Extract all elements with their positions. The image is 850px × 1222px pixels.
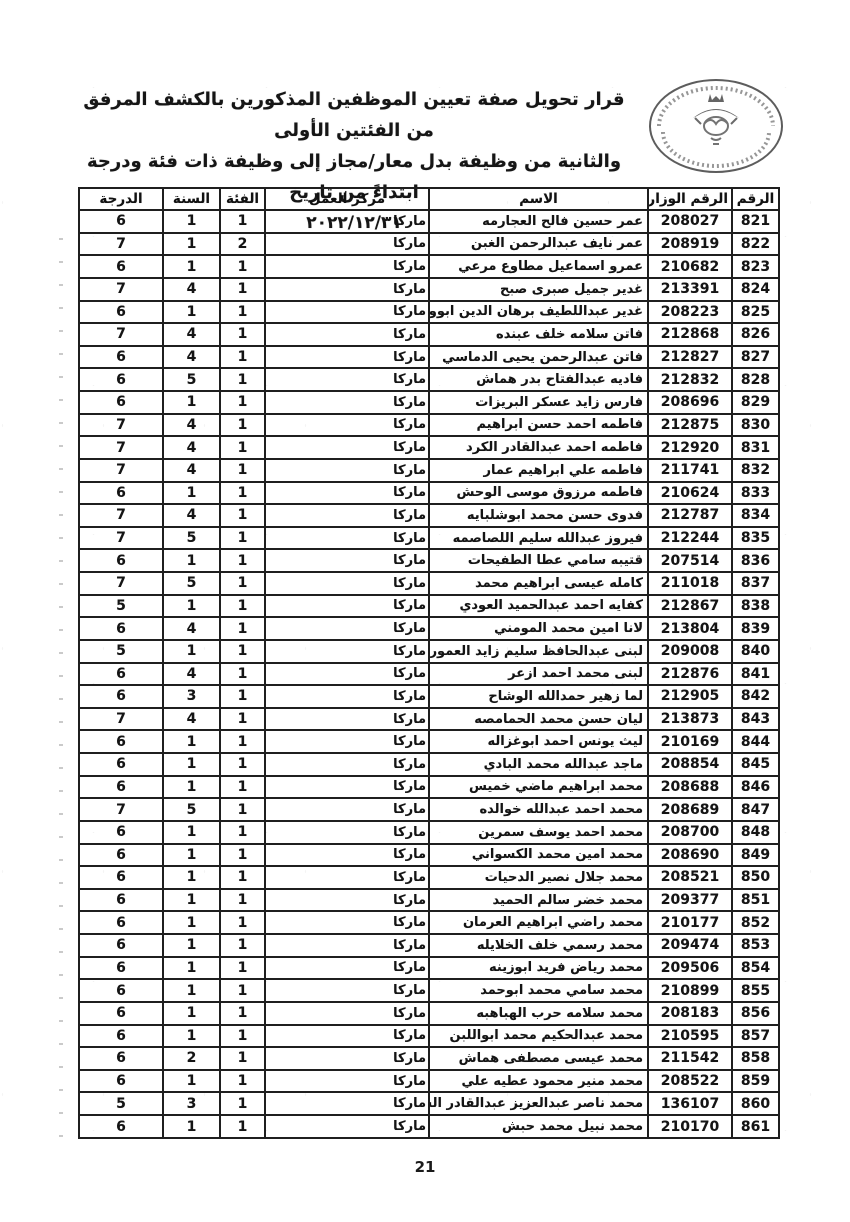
name-cell: محمد احمد عبدالله خوالده (429, 798, 648, 821)
year-cell: 5 (163, 572, 220, 595)
grade-cell: 6 (79, 844, 163, 867)
year-cell: 5 (163, 527, 220, 550)
category-cell: 1 (220, 1092, 265, 1115)
ministry-no-cell: 212920 (648, 436, 732, 459)
work-center-cell: ماركا (265, 301, 429, 324)
year-cell: 1 (163, 640, 220, 663)
seq-cell: 826 (732, 323, 779, 346)
category-cell: 1 (220, 1025, 265, 1048)
name-cell: فاطمه احمد حسن ابراهيم (429, 414, 648, 437)
column-header-ministry-no: الرقم الوزاري (648, 188, 732, 210)
category-cell: 1 (220, 640, 265, 663)
seq-cell: 848 (732, 821, 779, 844)
category-cell: 1 (220, 776, 265, 799)
ministry-no-cell: 212827 (648, 346, 732, 369)
seq-cell: 840 (732, 640, 779, 663)
category-cell: 1 (220, 934, 265, 957)
seq-cell: 861 (732, 1115, 779, 1138)
ministry-no-cell: 207514 (648, 549, 732, 572)
work-center-cell: ماركا (265, 255, 429, 278)
table-row: 854209506محمد رياض فريد ابوزينهماركا116 (79, 957, 779, 980)
work-center-cell: ماركا (265, 934, 429, 957)
category-cell: 1 (220, 866, 265, 889)
year-cell: 1 (163, 911, 220, 934)
name-cell: فارس زايد عسكر البريزات (429, 391, 648, 414)
ministry-no-cell: 208690 (648, 844, 732, 867)
name-cell: غدير عبداللطيف برهان الدين ابوورده (429, 301, 648, 324)
table-row: 849208690محمد امين محمد الكسوانيماركا116 (79, 844, 779, 867)
table-body: 821208027عمر حسين فالح العجارمهماركا1168… (79, 210, 779, 1138)
name-cell: محمد عبدالحكيم محمد ابواللبن (429, 1025, 648, 1048)
name-cell: محمد سامي محمد ابوحمد (429, 979, 648, 1002)
work-center-cell: ماركا (265, 527, 429, 550)
year-cell: 1 (163, 889, 220, 912)
ministry-no-cell: 208521 (648, 866, 732, 889)
seq-cell: 851 (732, 889, 779, 912)
name-cell: محمد رياض فريد ابوزينه (429, 957, 648, 980)
name-cell: لبنى عبدالحافظ سليم زايد العموري (429, 640, 648, 663)
ministry-no-cell: 210899 (648, 979, 732, 1002)
work-center-cell: ماركا (265, 685, 429, 708)
name-cell: فيروز عبدالله سليم اللصاصمه (429, 527, 648, 550)
year-cell: 1 (163, 730, 220, 753)
grade-cell: 6 (79, 368, 163, 391)
seq-cell: 827 (732, 346, 779, 369)
name-cell: محمد ناصر عبدالعزيز عبدالقادر الشملتي (429, 1092, 648, 1115)
category-cell: 1 (220, 1070, 265, 1093)
ministry-no-cell: 212832 (648, 368, 732, 391)
work-center-cell: ماركا (265, 1047, 429, 1070)
seq-cell: 821 (732, 210, 779, 233)
decision-title: قرار تحويل صفة تعيين الموظفين المذكورين … (70, 84, 638, 182)
work-center-cell: ماركا (265, 391, 429, 414)
table-row: 853209474محمد رسمي خلف الخلايلهماركا116 (79, 934, 779, 957)
ministry-no-cell: 210624 (648, 482, 732, 505)
category-cell: 1 (220, 572, 265, 595)
work-center-cell: ماركا (265, 844, 429, 867)
seq-cell: 833 (732, 482, 779, 505)
year-cell: 1 (163, 255, 220, 278)
category-cell: 1 (220, 595, 265, 618)
year-cell: 1 (163, 1025, 220, 1048)
seq-cell: 839 (732, 617, 779, 640)
table-row: 833210624فاطمه مرزوق موسى الوحشماركا116 (79, 482, 779, 505)
work-center-cell: ماركا (265, 1002, 429, 1025)
ministry-no-cell: 213804 (648, 617, 732, 640)
ministry-no-cell: 208223 (648, 301, 732, 324)
grade-cell: 6 (79, 934, 163, 957)
name-cell: محمد امين محمد الكسواني (429, 844, 648, 867)
name-cell: فاطمه علي ابراهيم عمار (429, 459, 648, 482)
grade-cell: 7 (79, 459, 163, 482)
work-center-cell: ماركا (265, 821, 429, 844)
table-row: 861210170محمد نبيل محمد حبشماركا116 (79, 1115, 779, 1138)
category-cell: 1 (220, 708, 265, 731)
work-center-cell: ماركا (265, 572, 429, 595)
ministry-no-cell: 208027 (648, 210, 732, 233)
seq-cell: 858 (732, 1047, 779, 1070)
category-cell: 1 (220, 482, 265, 505)
work-center-cell: ماركا (265, 1092, 429, 1115)
year-cell: 1 (163, 753, 220, 776)
grade-cell: 7 (79, 414, 163, 437)
ministry-no-cell: 213391 (648, 278, 732, 301)
seq-cell: 846 (732, 776, 779, 799)
year-cell: 4 (163, 504, 220, 527)
seq-cell: 842 (732, 685, 779, 708)
work-center-cell: ماركا (265, 979, 429, 1002)
work-center-cell: ماركا (265, 1115, 429, 1138)
name-cell: ليث يونس احمد ابوغزاله (429, 730, 648, 753)
name-cell: غدير جميل صبرى صبح (429, 278, 648, 301)
table-row: 850208521محمد جلال نصير الدحياتماركا116 (79, 866, 779, 889)
grade-cell: 6 (79, 255, 163, 278)
scan-edge-artifact (59, 238, 63, 1138)
name-cell: عمر نايف عبدالرحمن الغبن (429, 233, 648, 256)
ministry-no-cell: 212868 (648, 323, 732, 346)
grade-cell: 7 (79, 278, 163, 301)
work-center-cell: ماركا (265, 278, 429, 301)
year-cell: 1 (163, 233, 220, 256)
year-cell: 4 (163, 278, 220, 301)
seq-cell: 837 (732, 572, 779, 595)
category-cell: 1 (220, 527, 265, 550)
category-cell: 1 (220, 821, 265, 844)
ministry-no-cell: 212905 (648, 685, 732, 708)
page-number: 21 (0, 1158, 850, 1176)
year-cell: 1 (163, 979, 220, 1002)
work-center-cell: ماركا (265, 866, 429, 889)
name-cell: عمر حسين فالح العجارمه (429, 210, 648, 233)
category-cell: 1 (220, 730, 265, 753)
work-center-cell: ماركا (265, 957, 429, 980)
name-cell: فدوى حسن محمد ابوشلبايه (429, 504, 648, 527)
seq-cell: 847 (732, 798, 779, 821)
work-center-cell: ماركا (265, 233, 429, 256)
grade-cell: 6 (79, 617, 163, 640)
ministry-no-cell: 208700 (648, 821, 732, 844)
work-center-cell: ماركا (265, 482, 429, 505)
category-cell: 2 (220, 233, 265, 256)
ministry-no-cell: 210595 (648, 1025, 732, 1048)
seq-cell: 854 (732, 957, 779, 980)
name-cell: محمد جلال نصير الدحيات (429, 866, 648, 889)
table-row: 840209008لبنى عبدالحافظ سليم زايد العمور… (79, 640, 779, 663)
name-cell: فاتن عبدالرحمن يحيى الدماسي (429, 346, 648, 369)
ministry-no-cell: 212876 (648, 663, 732, 686)
table-row: 856208183محمد سلامه حرب الهباهبهماركا116 (79, 1002, 779, 1025)
grade-cell: 5 (79, 595, 163, 618)
category-cell: 1 (220, 278, 265, 301)
year-cell: 1 (163, 549, 220, 572)
category-cell: 1 (220, 459, 265, 482)
year-cell: 3 (163, 685, 220, 708)
grade-cell: 7 (79, 708, 163, 731)
grade-cell: 6 (79, 753, 163, 776)
category-cell: 1 (220, 210, 265, 233)
category-cell: 1 (220, 436, 265, 459)
grade-cell: 6 (79, 346, 163, 369)
seq-cell: 845 (732, 753, 779, 776)
table-row: 831212920فاطمه احمد عبدالقادر الكردماركا… (79, 436, 779, 459)
seq-cell: 834 (732, 504, 779, 527)
category-cell: 1 (220, 323, 265, 346)
grade-cell: 6 (79, 1025, 163, 1048)
ministry-no-cell: 212867 (648, 595, 732, 618)
seq-cell: 841 (732, 663, 779, 686)
column-header-year: السنة (163, 188, 220, 210)
name-cell: ماجد عبدالله محمد البادي (429, 753, 648, 776)
year-cell: 4 (163, 346, 220, 369)
column-header-seq: الرقم (732, 188, 779, 210)
table-row: 824213391غدير جميل صبرى صبحماركا147 (79, 278, 779, 301)
category-cell: 1 (220, 504, 265, 527)
category-cell: 1 (220, 663, 265, 686)
name-cell: محمد سلامه حرب الهباهبه (429, 1002, 648, 1025)
year-cell: 1 (163, 210, 220, 233)
work-center-cell: ماركا (265, 889, 429, 912)
column-header-category: الفئة (220, 188, 265, 210)
ministry-no-cell: 209377 (648, 889, 732, 912)
ministry-no-cell: 208688 (648, 776, 732, 799)
year-cell: 1 (163, 844, 220, 867)
grade-cell: 6 (79, 549, 163, 572)
year-cell: 4 (163, 436, 220, 459)
grade-cell: 6 (79, 776, 163, 799)
ministry-no-cell: 136107 (648, 1092, 732, 1115)
work-center-cell: ماركا (265, 436, 429, 459)
table-row: 825208223غدير عبداللطيف برهان الدين ابوو… (79, 301, 779, 324)
table-row: 827212827فاتن عبدالرحمن يحيى الدماسيمارك… (79, 346, 779, 369)
column-header-grade: الدرجة (79, 188, 163, 210)
ministry-no-cell: 208689 (648, 798, 732, 821)
table-row: 836207514قتيبه سامي عطا الطفيحاتماركا116 (79, 549, 779, 572)
year-cell: 4 (163, 708, 220, 731)
seq-cell: 857 (732, 1025, 779, 1048)
work-center-cell: ماركا (265, 663, 429, 686)
seq-cell: 855 (732, 979, 779, 1002)
grade-cell: 6 (79, 391, 163, 414)
table-row: 832211741فاطمه علي ابراهيم عمارماركا147 (79, 459, 779, 482)
table-row: 821208027عمر حسين فالح العجارمهماركا116 (79, 210, 779, 233)
seq-cell: 823 (732, 255, 779, 278)
table-row: 822208919عمر نايف عبدالرحمن الغبنماركا21… (79, 233, 779, 256)
work-center-cell: ماركا (265, 776, 429, 799)
year-cell: 1 (163, 301, 220, 324)
year-cell: 1 (163, 776, 220, 799)
category-cell: 1 (220, 368, 265, 391)
grade-cell: 6 (79, 911, 163, 934)
name-cell: لبنى محمد احمد ازعر (429, 663, 648, 686)
grade-cell: 7 (79, 572, 163, 595)
table-row: 823210682عمرو اسماعيل مطاوع مرعيماركا116 (79, 255, 779, 278)
table-row: 851209377محمد خضر سالم الحميدماركا116 (79, 889, 779, 912)
category-cell: 1 (220, 844, 265, 867)
grade-cell: 6 (79, 979, 163, 1002)
work-center-cell: ماركا (265, 753, 429, 776)
ministry-no-cell: 210169 (648, 730, 732, 753)
category-cell: 1 (220, 798, 265, 821)
grade-cell: 6 (79, 1047, 163, 1070)
table-row: 848208700محمد احمد يوسف سمرينماركا116 (79, 821, 779, 844)
grade-cell: 7 (79, 504, 163, 527)
name-cell: محمد نبيل محمد حبش (429, 1115, 648, 1138)
scanned-document-page: { "header": { "title_line1": "قرار تحويل… (0, 0, 850, 1222)
work-center-cell: ماركا (265, 414, 429, 437)
year-cell: 1 (163, 1115, 220, 1138)
table-row: 835212244فيروز عبدالله سليم اللصاصمهمارك… (79, 527, 779, 550)
year-cell: 4 (163, 459, 220, 482)
table-row: 857210595محمد عبدالحكيم محمد ابواللبنمار… (79, 1025, 779, 1048)
table-header-row: الرقمالرقم الوزاريالاسممركز العملالفئةال… (79, 188, 779, 210)
work-center-cell: ماركا (265, 504, 429, 527)
year-cell: 1 (163, 391, 220, 414)
name-cell: لما زهير حمدالله الوشاح (429, 685, 648, 708)
grade-cell: 6 (79, 889, 163, 912)
grade-cell: 6 (79, 1070, 163, 1093)
seq-cell: 843 (732, 708, 779, 731)
grade-cell: 7 (79, 798, 163, 821)
seq-cell: 824 (732, 278, 779, 301)
grade-cell: 7 (79, 233, 163, 256)
category-cell: 1 (220, 391, 265, 414)
name-cell: لانا امين محمد المومني (429, 617, 648, 640)
seq-cell: 852 (732, 911, 779, 934)
grade-cell: 6 (79, 210, 163, 233)
ministry-no-cell: 208854 (648, 753, 732, 776)
work-center-cell: ماركا (265, 368, 429, 391)
work-center-cell: ماركا (265, 595, 429, 618)
name-cell: محمد خضر سالم الحميد (429, 889, 648, 912)
name-cell: فاديه عبدالفتاح بدر هماش (429, 368, 648, 391)
name-cell: فاتن سلامه خلف عبنده (429, 323, 648, 346)
work-center-cell: ماركا (265, 1025, 429, 1048)
work-center-cell: ماركا (265, 730, 429, 753)
table-row: 837211018كامله عيسى ابراهيم محمدماركا157 (79, 572, 779, 595)
name-cell: محمد رسمي خلف الخلايله (429, 934, 648, 957)
seq-cell: 853 (732, 934, 779, 957)
ministry-no-cell: 213873 (648, 708, 732, 731)
category-cell: 1 (220, 889, 265, 912)
grade-cell: 5 (79, 1092, 163, 1115)
ministry-no-cell: 212787 (648, 504, 732, 527)
seq-cell: 856 (732, 1002, 779, 1025)
seq-cell: 835 (732, 527, 779, 550)
category-cell: 1 (220, 979, 265, 1002)
table-row: 859208522محمد منير محمود عطيه عليماركا11… (79, 1070, 779, 1093)
grade-cell: 6 (79, 821, 163, 844)
year-cell: 1 (163, 821, 220, 844)
work-center-cell: ماركا (265, 549, 429, 572)
year-cell: 5 (163, 798, 220, 821)
name-cell: كامله عيسى ابراهيم محمد (429, 572, 648, 595)
year-cell: 1 (163, 595, 220, 618)
table-row: 839213804لانا امين محمد المومنيماركا146 (79, 617, 779, 640)
year-cell: 3 (163, 1092, 220, 1115)
year-cell: 4 (163, 414, 220, 437)
document-header: قرار تحويل صفة تعيين الموظفين المذكورين … (70, 72, 794, 182)
category-cell: 1 (220, 346, 265, 369)
grade-cell: 6 (79, 1002, 163, 1025)
name-cell: فاطمه مرزوق موسى الوحش (429, 482, 648, 505)
ministry-no-cell: 209008 (648, 640, 732, 663)
ministry-no-cell: 212244 (648, 527, 732, 550)
ministry-no-cell: 211542 (648, 1047, 732, 1070)
decision-title-line1: قرار تحويل صفة تعيين الموظفين المذكورين … (70, 84, 638, 146)
work-center-cell: ماركا (265, 640, 429, 663)
ministry-no-cell: 211741 (648, 459, 732, 482)
column-header-name: الاسم (429, 188, 648, 210)
seq-cell: 836 (732, 549, 779, 572)
work-center-cell: ماركا (265, 210, 429, 233)
year-cell: 4 (163, 617, 220, 640)
grade-cell: 6 (79, 663, 163, 686)
ministry-no-cell: 210170 (648, 1115, 732, 1138)
name-cell: قتيبه سامي عطا الطفيحات (429, 549, 648, 572)
table-row: 838212867كفايه احمد عبدالحميد العوديمارك… (79, 595, 779, 618)
seq-cell: 860 (732, 1092, 779, 1115)
name-cell: محمد عيسى مصطفى هماش (429, 1047, 648, 1070)
name-cell: فاطمه احمد عبدالقادر الكرد (429, 436, 648, 459)
year-cell: 4 (163, 323, 220, 346)
ministry-no-cell: 211018 (648, 572, 732, 595)
year-cell: 1 (163, 866, 220, 889)
category-cell: 1 (220, 617, 265, 640)
work-center-cell: ماركا (265, 459, 429, 482)
seq-cell: 849 (732, 844, 779, 867)
category-cell: 1 (220, 1047, 265, 1070)
grade-cell: 6 (79, 482, 163, 505)
seq-cell: 859 (732, 1070, 779, 1093)
ministry-no-cell: 208522 (648, 1070, 732, 1093)
name-cell: عمرو اسماعيل مطاوع مرعي (429, 255, 648, 278)
seq-cell: 831 (732, 436, 779, 459)
seq-cell: 830 (732, 414, 779, 437)
year-cell: 1 (163, 934, 220, 957)
category-cell: 1 (220, 255, 265, 278)
table-row: 843213873ليان حسن محمد الحمامصهماركا147 (79, 708, 779, 731)
ministry-no-cell: 208183 (648, 1002, 732, 1025)
grade-cell: 7 (79, 436, 163, 459)
work-center-cell: ماركا (265, 911, 429, 934)
ministry-no-cell: 209506 (648, 957, 732, 980)
name-cell: محمد راضي ابراهيم العرمان (429, 911, 648, 934)
work-center-cell: ماركا (265, 708, 429, 731)
table-row: 855210899محمد سامي محمد ابوحمدماركا116 (79, 979, 779, 1002)
category-cell: 1 (220, 1115, 265, 1138)
ministry-no-cell: 208919 (648, 233, 732, 256)
ministry-no-cell: 209474 (648, 934, 732, 957)
category-cell: 1 (220, 957, 265, 980)
year-cell: 4 (163, 663, 220, 686)
category-cell: 1 (220, 911, 265, 934)
table-row: 852210177محمد راضي ابراهيم العرمانماركا1… (79, 911, 779, 934)
grade-cell: 6 (79, 957, 163, 980)
table-row: 841212876لبنى محمد احمد ازعرماركا146 (79, 663, 779, 686)
work-center-cell: ماركا (265, 323, 429, 346)
ministry-no-cell: 212875 (648, 414, 732, 437)
seq-cell: 822 (732, 233, 779, 256)
category-cell: 1 (220, 301, 265, 324)
grade-cell: 6 (79, 866, 163, 889)
seq-cell: 825 (732, 301, 779, 324)
year-cell: 1 (163, 482, 220, 505)
work-center-cell: ماركا (265, 1070, 429, 1093)
table-row: 834212787فدوى حسن محمد ابوشلبايهماركا147 (79, 504, 779, 527)
table-row: 860136107محمد ناصر عبدالعزيز عبدالقادر ا… (79, 1092, 779, 1115)
table-row: 845208854ماجد عبدالله محمد الباديماركا11… (79, 753, 779, 776)
year-cell: 2 (163, 1047, 220, 1070)
